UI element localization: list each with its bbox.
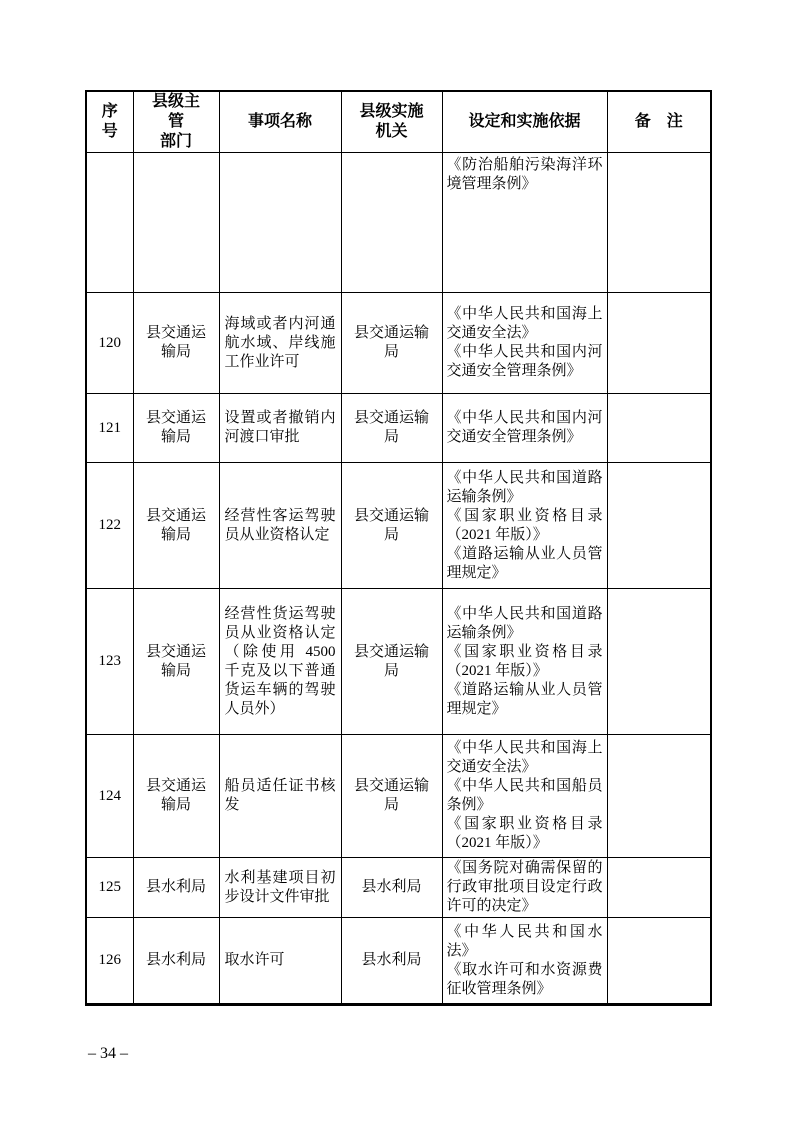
header-seq: 序 号 xyxy=(86,91,133,153)
cell-basis: 《中华人民共和国道路运输条例》 《国家职业资格目录（2021 年版）》 《道路运… xyxy=(442,589,607,735)
cell-item: 船员适任证书核发 xyxy=(219,735,341,858)
table-row-126: 126 县水利局 取水许可 县水利局 《中华人民共和国水法》 《取水许可和水资源… xyxy=(86,918,711,1005)
cell-dept: 县交通运输局 xyxy=(133,589,219,735)
cell-seq: 121 xyxy=(86,394,133,463)
table-row-120: 120 县交通运输局 海域或者内河通航水域、岸线施工作业许可 县交通运输局 《中… xyxy=(86,293,711,394)
cell-item xyxy=(219,153,341,293)
table-row-continuation: 《防治船舶污染海洋环境管理条例》 xyxy=(86,153,711,293)
cell-seq: 120 xyxy=(86,293,133,394)
cell-agency xyxy=(341,153,442,293)
cell-agency: 县交通运输局 xyxy=(341,589,442,735)
cell-dept xyxy=(133,153,219,293)
cell-remark xyxy=(607,293,711,394)
cell-dept: 县交通运输局 xyxy=(133,463,219,589)
cell-remark xyxy=(607,735,711,858)
cell-seq: 123 xyxy=(86,589,133,735)
table-row-124: 124 县交通运输局 船员适任证书核发 县交通运输局 《中华人民共和国海上交通安… xyxy=(86,735,711,858)
cell-item: 经营性货运驾驶员从业资格认定（除使用 4500 千克及以下普通货运车辆的驾驶人员… xyxy=(219,589,341,735)
cell-item: 取水许可 xyxy=(219,918,341,1005)
cell-item: 经营性客运驾驶员从业资格认定 xyxy=(219,463,341,589)
table-row-121: 121 县交通运输局 设置或者撤销内河渡口审批 县交通运输局 《中华人民共和国内… xyxy=(86,394,711,463)
cell-basis: 《中华人民共和国水法》 《取水许可和水资源费征收管理条例》 xyxy=(442,918,607,1005)
table-row-123: 123 县交通运输局 经营性货运驾驶员从业资格认定（除使用 4500 千克及以下… xyxy=(86,589,711,735)
cell-dept: 县交通运输局 xyxy=(133,394,219,463)
cell-remark xyxy=(607,463,711,589)
cell-agency: 县水利局 xyxy=(341,918,442,1005)
cell-seq: 125 xyxy=(86,858,133,918)
cell-agency: 县交通运输局 xyxy=(341,735,442,858)
cell-remark xyxy=(607,153,711,293)
cell-agency: 县交通运输局 xyxy=(341,394,442,463)
header-item: 事项名称 xyxy=(219,91,341,153)
header-dept: 县级主 管 部门 xyxy=(133,91,219,153)
cell-seq: 122 xyxy=(86,463,133,589)
cell-basis: 《中华人民共和国海上交通安全法》 《中华人民共和国内河交通安全管理条例》 xyxy=(442,293,607,394)
cell-item: 海域或者内河通航水域、岸线施工作业许可 xyxy=(219,293,341,394)
admin-licensing-table: 序 号 县级主 管 部门 事项名称 县级实施 机关 设定和实施依据 备 注 《防… xyxy=(85,90,712,1006)
table-header-row: 序 号 县级主 管 部门 事项名称 县级实施 机关 设定和实施依据 备 注 xyxy=(86,91,711,153)
header-basis: 设定和实施依据 xyxy=(442,91,607,153)
cell-agency: 县交通运输局 xyxy=(341,463,442,589)
cell-basis: 《防治船舶污染海洋环境管理条例》 xyxy=(442,153,607,293)
cell-seq: 124 xyxy=(86,735,133,858)
cell-seq: 126 xyxy=(86,918,133,1005)
cell-seq xyxy=(86,153,133,293)
cell-dept: 县交通运输局 xyxy=(133,735,219,858)
header-remark: 备 注 xyxy=(607,91,711,153)
cell-agency: 县水利局 xyxy=(341,858,442,918)
cell-remark xyxy=(607,858,711,918)
page-number: – 34 – xyxy=(88,1044,128,1064)
cell-dept: 县交通运输局 xyxy=(133,293,219,394)
header-agency: 县级实施 机关 xyxy=(341,91,442,153)
cell-remark xyxy=(607,394,711,463)
cell-item: 水利基建项目初步设计文件审批 xyxy=(219,858,341,918)
cell-basis: 《中华人民共和国道路运输条例》 《国家职业资格目录（2021 年版）》 《道路运… xyxy=(442,463,607,589)
table-row-122: 122 县交通运输局 经营性客运驾驶员从业资格认定 县交通运输局 《中华人民共和… xyxy=(86,463,711,589)
cell-item: 设置或者撤销内河渡口审批 xyxy=(219,394,341,463)
cell-remark xyxy=(607,589,711,735)
cell-basis: 《中华人民共和国内河交通安全管理条例》 xyxy=(442,394,607,463)
cell-basis: 《中华人民共和国海上交通安全法》 《中华人民共和国船员条例》 《国家职业资格目录… xyxy=(442,735,607,858)
cell-remark xyxy=(607,918,711,1005)
table-row-125: 125 县水利局 水利基建项目初步设计文件审批 县水利局 《国务院对确需保留的行… xyxy=(86,858,711,918)
cell-dept: 县水利局 xyxy=(133,918,219,1005)
cell-dept: 县水利局 xyxy=(133,858,219,918)
cell-agency: 县交通运输局 xyxy=(341,293,442,394)
cell-basis: 《国务院对确需保留的行政审批项目设定行政许可的决定》 xyxy=(442,858,607,918)
